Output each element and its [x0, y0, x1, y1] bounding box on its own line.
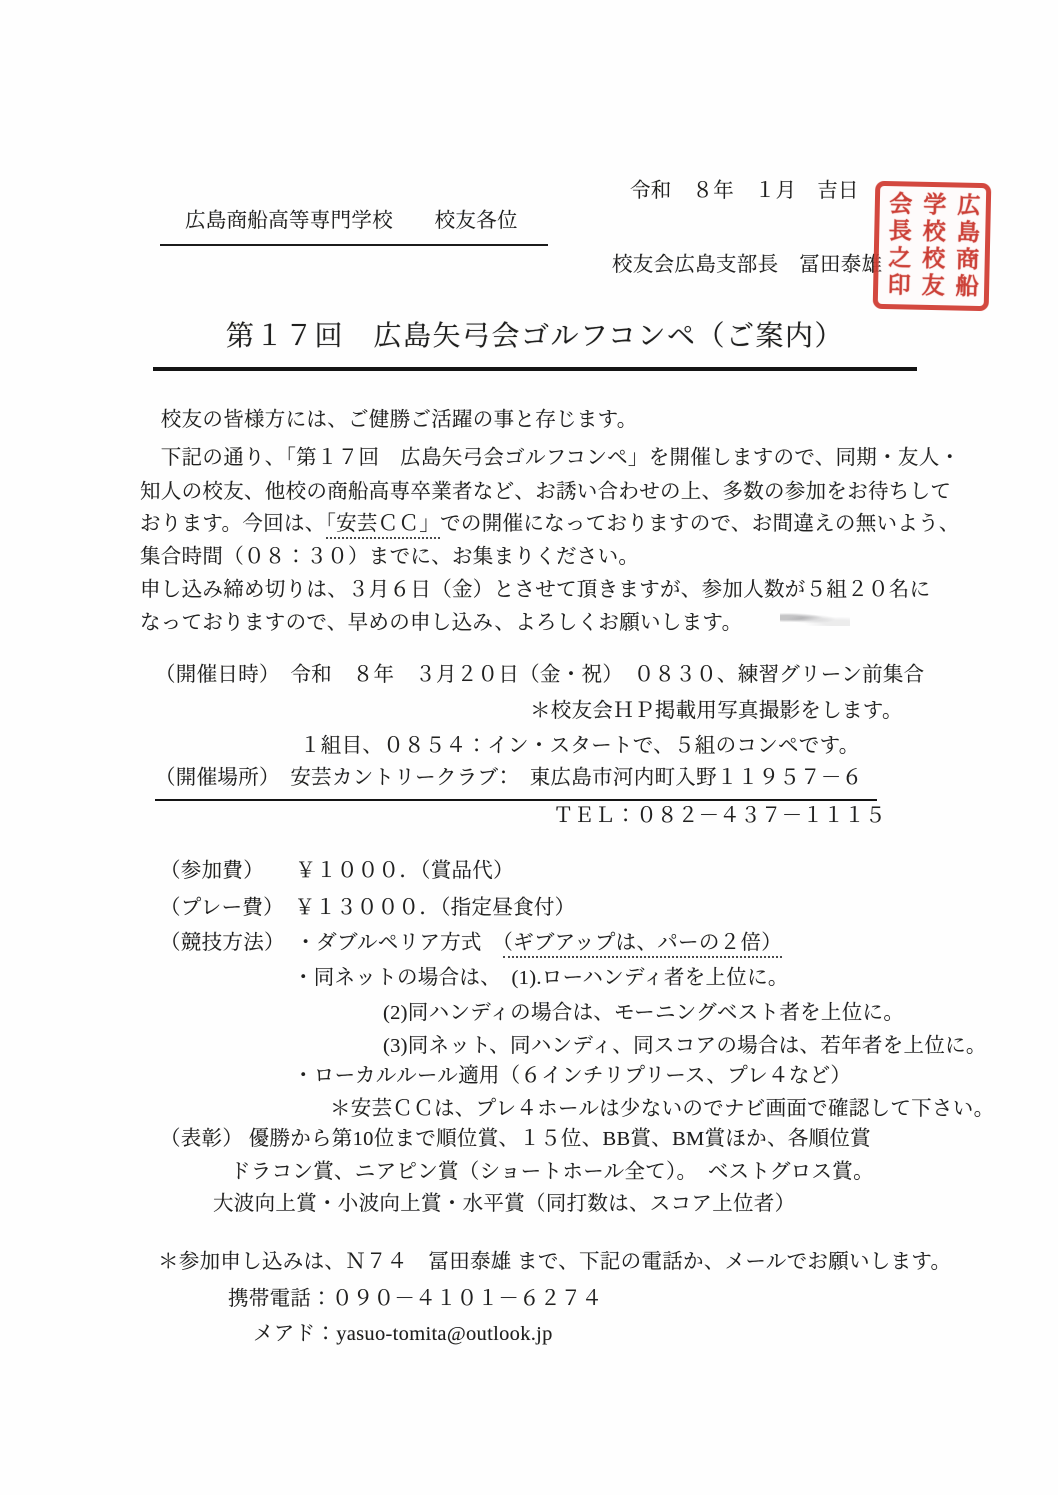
greeting-line-2: 下記の通り、「第１７回 広島矢弓会ゴルフコンペ」を開催しますので、同期・友人・: [140, 443, 960, 474]
document-title: 第１７回 広島矢弓会ゴルフコンペ（ご案内）: [153, 316, 917, 358]
awards-line-2: ドラコン賞、ニアピン賞（ショートホール全て）。 ベストグロス賞。: [230, 1157, 874, 1188]
recipient-text: 広島商船高等専門学校 校友各位: [160, 206, 548, 237]
document-title-underline: 第１７回 広島矢弓会ゴルフコンペ（ご案内）: [153, 316, 917, 371]
scanned-letter-page: 令和 ８年 １月 吉日 広島商船高等専門学校 校友各位 校友会広島支部長 冨田泰…: [0, 0, 1058, 1495]
apply-instruction-line: ＊参加申し込みは、Ｎ７４ 冨田泰雄 まで、下記の電話か、メールでお願いします。: [158, 1247, 951, 1278]
venue-abbrev-underlined: 「安芸ＣＣ」: [326, 513, 441, 539]
seal-column: 会長之印: [885, 191, 910, 299]
play-fee-line: （プレー費） ￥１３０００．（指定昼食付）: [160, 893, 575, 924]
greeting-line-6: 申し込み締め切りは、３月６日（金）とさせて頂きますが、参加人数が５組２０名に: [140, 575, 930, 606]
groups-note-line: １組目、０８５４：イン・スタートで、５組のコンペです。: [300, 731, 860, 762]
date-line: 令和 ８年 １月 吉日: [630, 176, 859, 207]
navi-note-line: ＊安芸ＣＣは、プレ４ホールは少ないのでナビ画面で確認して下さい。: [330, 1094, 994, 1125]
method-label: （競技方法） ・ダブルペリア方式: [160, 932, 503, 954]
greeting-line-1: 校友の皆様方には、ご健勝ご活躍の事と存じます。: [140, 405, 638, 436]
awards-line-1: （表彰） 優勝から第10位まで順位賞、１５位、BB賞、BM賞ほか、各順位賞: [160, 1124, 871, 1155]
greeting-line-4-before: おります。今回は、: [140, 513, 326, 535]
email-line: メアド：yasuo-tomita@outlook.jp: [253, 1319, 553, 1350]
photo-note-line: ＊校友会ＨＰ掲載用写真撮影をします。: [530, 696, 903, 727]
net-rule-2: (2)同ハンディの場合は、モーニングベスト者を上位に。: [383, 998, 904, 1029]
scan-smudge: [780, 612, 850, 626]
greeting-line-5: 集合時間（０８：３０）までに、お集まりください。: [140, 542, 639, 573]
greeting-line-7: なっておりますので、早めの申し込み、よろしくお願いします。: [140, 608, 742, 639]
greeting-line-4: おります。今回は、「安芸ＣＣ」での開催になっておりますので、お間違えの無いよう、: [140, 509, 960, 540]
red-seal-stamp-icon: 広島商船 学校校友 会長之印: [873, 181, 992, 311]
net-rule-1: ・同ネットの場合は、 (1).ローハンディ者を上位に。: [293, 963, 789, 994]
entry-fee-line: （参加費） ￥１０００．（賞品代）: [160, 856, 514, 887]
recipient-line: 広島商船高等専門学校 校友各位: [160, 206, 548, 246]
local-rule-line: ・ローカルルール適用（６インチリプリース、プレ４など）: [293, 1061, 851, 1092]
mobile-phone-line: 携帯電話：０９０－４１０１－６２７４: [228, 1284, 602, 1315]
net-rule-3: (3)同ネット、同ハンディ、同スコアの場合は、若年者を上位に。: [383, 1031, 987, 1062]
seal-column: 学校校友: [919, 192, 944, 300]
event-datetime-line: （開催日時） 令和 ８年 ３月２０日（金・祝） ０８３０、練習グリーン前集合: [155, 660, 925, 691]
venue-line: （開催場所） 安芸カントリークラブ： 東広島市河内町入野１１９５７－６: [155, 763, 877, 801]
giveup-rule-underlined: （ギブアップは、パーの２倍）: [503, 932, 783, 958]
greeting-line-4-after: での開催になっておりますので、お間違えの無いよう、: [440, 513, 960, 535]
venue-tel-line: ＴＥＬ：０８２－４３７－１１１５: [553, 801, 886, 832]
method-line: （競技方法） ・ダブルペリア方式 （ギブアップは、パーの２倍）: [160, 928, 782, 959]
awards-line-3: 大波向上賞・小波向上賞・水平賞（同打数は、スコア上位者）: [213, 1189, 795, 1220]
greeting-line-3: 知人の校友、他校の商船高専卒業者など、お誘い合わせの上、多数の参加をお待ちして: [140, 477, 951, 508]
seal-column: 広島商船: [953, 192, 978, 300]
sender-line: 校友会広島支部長 冨田泰雄: [612, 250, 882, 281]
